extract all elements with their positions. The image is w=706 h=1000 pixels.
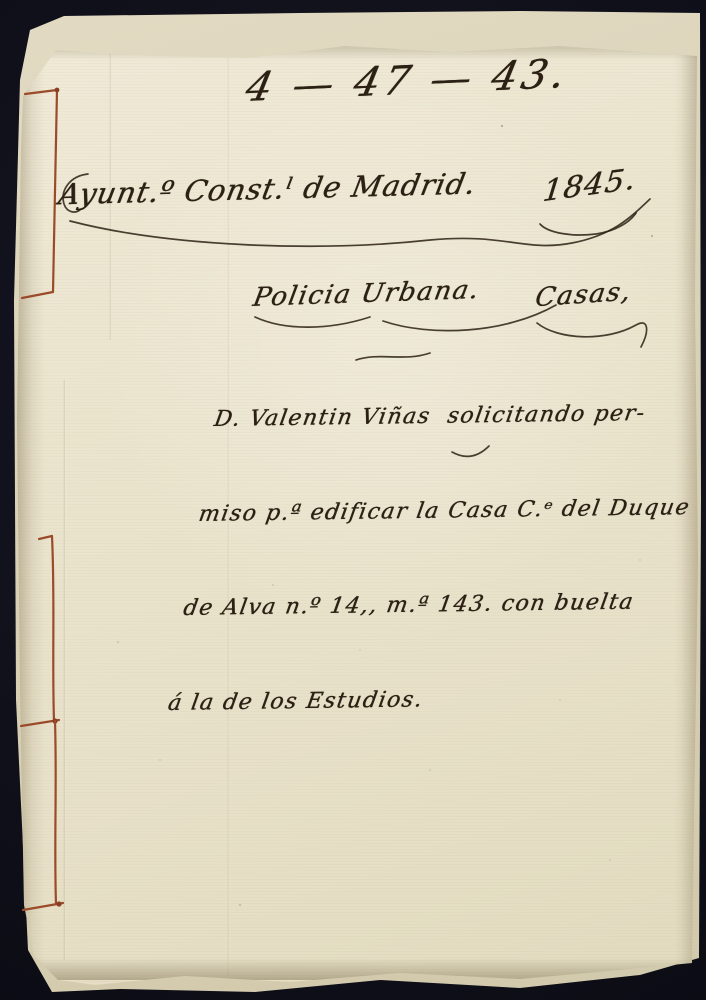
petition-line: miso p.ª edificar la Casa C.ᵉ del Duque [196, 492, 692, 530]
manuscript-cover-page: 4 — 47 — 43. Ayunt.º Const.ˡ de Madrid. … [0, 0, 706, 1000]
category-label: Casas, [533, 277, 633, 314]
scanned-document-photo: 4 — 47 — 43. Ayunt.º Const.ˡ de Madrid. … [0, 0, 706, 1000]
series-title: Policia Urbana. [251, 275, 483, 313]
institution-title: Ayunt.º Const.ˡ de Madrid. [56, 167, 479, 212]
petition-line: á la de los Estudios. [166, 681, 662, 719]
petition-line: de Alva n.º 14,, m.ª 143. con buelta [181, 586, 677, 624]
document-year: 1845. [541, 162, 638, 209]
paper-edge-shading [17, 46, 45, 976]
fold-crease [63, 380, 67, 960]
archival-reference-number: 4 — 47 — 43. [242, 51, 573, 111]
petition-summary: D. Valentin Viñas solicitando per- miso … [155, 334, 706, 782]
petition-line: D. Valentin Viñas solicitando per- [212, 397, 706, 435]
